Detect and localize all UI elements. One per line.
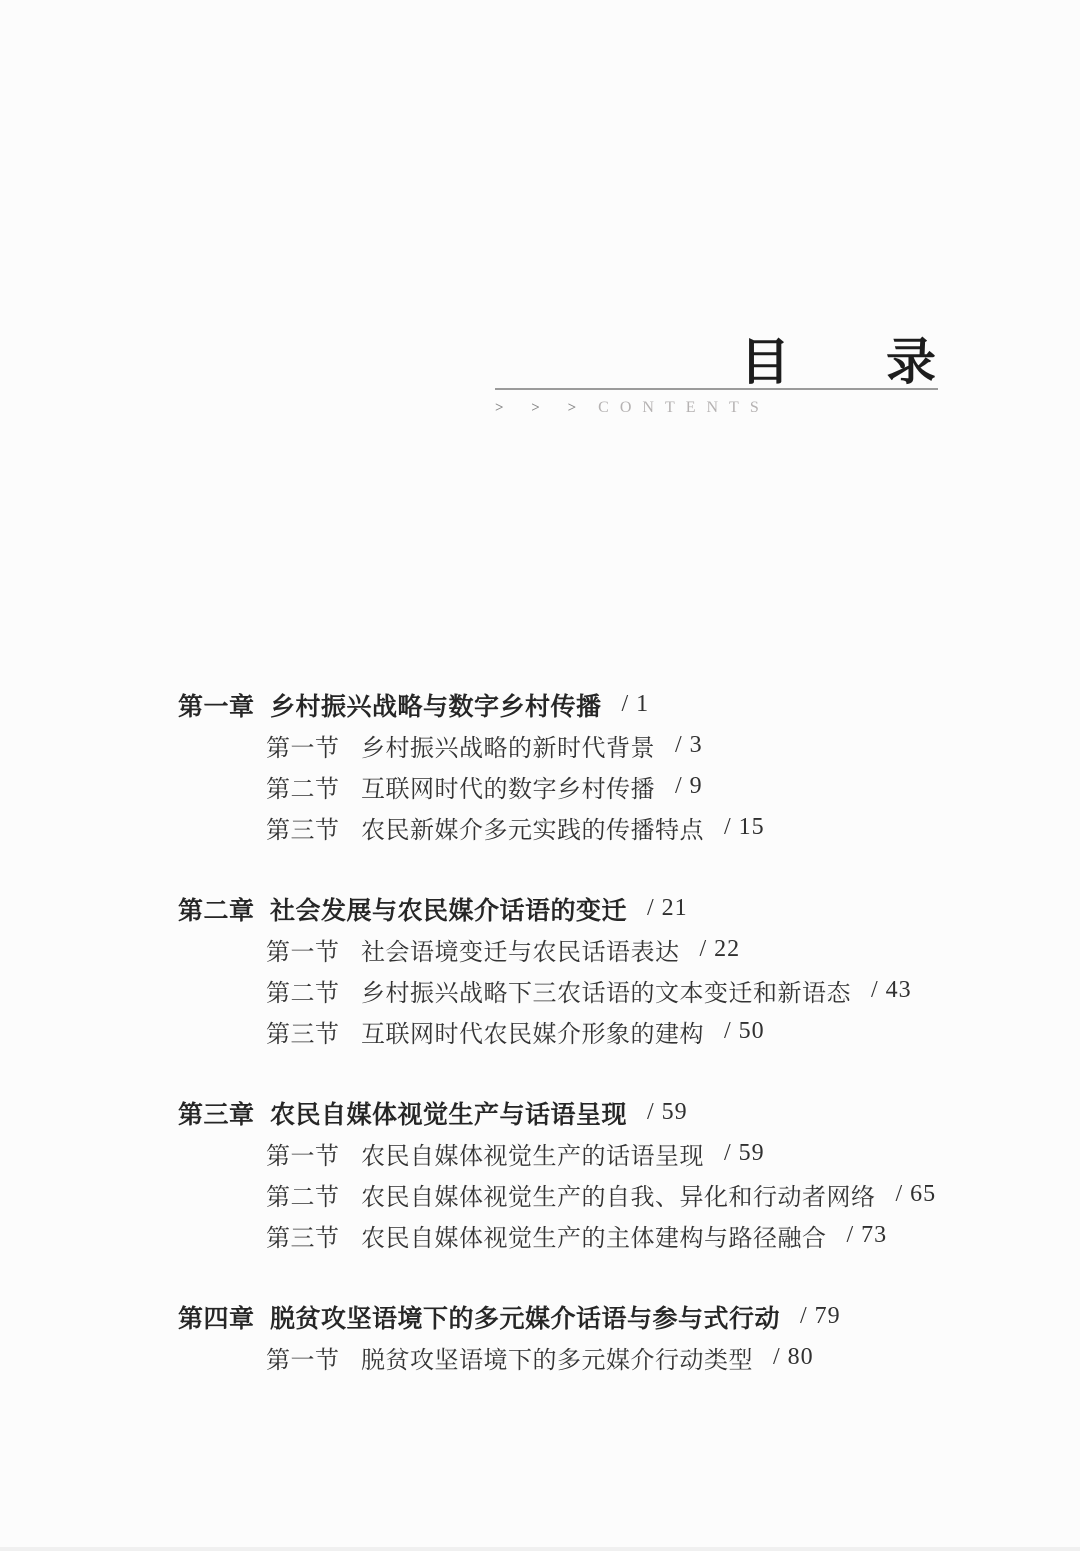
section-label: 第二节 <box>266 1177 361 1212</box>
section-row: 第一节 脱贫攻坚语境下的多元媒介行动类型 / 80 <box>178 1337 958 1378</box>
chapter-label: 第一章 <box>178 687 270 723</box>
section-row: 第二节 乡村振兴战略下三农话语的文本变迁和新语态 / 43 <box>178 970 958 1011</box>
section-label: 第一节 <box>266 932 361 967</box>
section-page-ref: / 50 <box>724 1018 765 1045</box>
section-page-ref: / 80 <box>773 1344 814 1371</box>
chapter-row: 第一章 乡村振兴战略与数字乡村传播 / 1 <box>178 684 958 725</box>
table-of-contents: 第一章 乡村振兴战略与数字乡村传播 / 1 第一节 乡村振兴战略的新时代背景 /… <box>178 684 958 1378</box>
chapter-label: 第四章 <box>178 1299 270 1335</box>
chapter-title: 农民自媒体视觉生产与话语呈现 <box>270 1095 627 1131</box>
chapter-title: 社会发展与农民媒介话语的变迁 <box>270 891 627 927</box>
page-title: 目 录 <box>495 336 938 390</box>
section-label: 第一节 <box>266 1136 361 1171</box>
section-label: 第二节 <box>266 769 361 804</box>
section-title: 互联网时代农民媒介形象的建构 <box>361 1014 704 1049</box>
chapter-row: 第三章 农民自媒体视觉生产与话语呈现 / 59 <box>178 1092 958 1133</box>
chapter-row: 第二章 社会发展与农民媒介话语的变迁 / 21 <box>178 888 958 929</box>
section-page-ref: / 15 <box>724 814 765 841</box>
chapter-page-ref: / 79 <box>800 1303 841 1330</box>
section-title: 农民新媒介多元实践的传播特点 <box>361 810 704 845</box>
chevrons-icon: > > > <box>495 400 588 417</box>
chapter-row: 第四章 脱贫攻坚语境下的多元媒介话语与参与式行动 / 79 <box>178 1296 958 1337</box>
section-page-ref: / 73 <box>847 1222 888 1249</box>
section-title: 农民自媒体视觉生产的话语呈现 <box>361 1136 704 1171</box>
section-row: 第二节 互联网时代的数字乡村传播 / 9 <box>178 766 958 807</box>
subtitle-contents: CONTENTS <box>598 399 770 417</box>
chapter-title: 乡村振兴战略与数字乡村传播 <box>270 687 602 723</box>
section-page-ref: / 65 <box>896 1181 937 1208</box>
section-label: 第三节 <box>266 1218 361 1253</box>
section-label: 第一节 <box>266 1340 361 1375</box>
section-title: 乡村振兴战略的新时代背景 <box>361 728 655 763</box>
chapter-page-ref: / 1 <box>622 691 650 718</box>
section-title: 互联网时代的数字乡村传播 <box>361 769 655 804</box>
chapter-page-ref: / 21 <box>647 895 688 922</box>
section-row: 第三节 农民新媒介多元实践的传播特点 / 15 <box>178 807 958 848</box>
section-row: 第三节 农民自媒体视觉生产的主体建构与路径融合 / 73 <box>178 1215 958 1256</box>
section-row: 第二节 农民自媒体视觉生产的自我、异化和行动者网络 / 65 <box>178 1174 958 1215</box>
toc-page: 目 录 > > > CONTENTS 第一章 乡村振兴战略与数字乡村传播 / 1… <box>0 0 1080 1551</box>
section-label: 第三节 <box>266 1014 361 1049</box>
section-page-ref: / 43 <box>871 977 912 1004</box>
title-char-lu: 录 <box>886 336 936 388</box>
section-page-ref: / 3 <box>675 732 703 759</box>
section-page-ref: / 22 <box>700 936 741 963</box>
section-row: 第一节 乡村振兴战略的新时代背景 / 3 <box>178 725 958 766</box>
section-page-ref: / 59 <box>724 1140 765 1167</box>
section-row: 第一节 农民自媒体视觉生产的话语呈现 / 59 <box>178 1133 958 1174</box>
section-label: 第三节 <box>266 810 361 845</box>
section-label: 第二节 <box>266 973 361 1008</box>
section-title: 农民自媒体视觉生产的主体建构与路径融合 <box>361 1218 827 1253</box>
chapter-label: 第三章 <box>178 1095 270 1131</box>
section-title: 社会语境变迁与农民话语表达 <box>361 932 680 967</box>
chapter-label: 第二章 <box>178 891 270 927</box>
page-subtitle: > > > CONTENTS <box>495 399 938 417</box>
section-title: 农民自媒体视觉生产的自我、异化和行动者网络 <box>361 1177 876 1212</box>
chapter-page-ref: / 59 <box>647 1099 688 1126</box>
title-char-mu: 目 <box>740 336 790 388</box>
section-title: 乡村振兴战略下三农话语的文本变迁和新语态 <box>361 973 851 1008</box>
section-page-ref: / 9 <box>675 773 703 800</box>
section-row: 第三节 互联网时代农民媒介形象的建构 / 50 <box>178 1011 958 1052</box>
chapter-title: 脱贫攻坚语境下的多元媒介话语与参与式行动 <box>270 1299 780 1335</box>
page-header: 目 录 > > > CONTENTS <box>495 336 938 417</box>
section-label: 第一节 <box>266 728 361 763</box>
section-row: 第一节 社会语境变迁与农民话语表达 / 22 <box>178 929 958 970</box>
section-title: 脱贫攻坚语境下的多元媒介行动类型 <box>361 1340 753 1375</box>
